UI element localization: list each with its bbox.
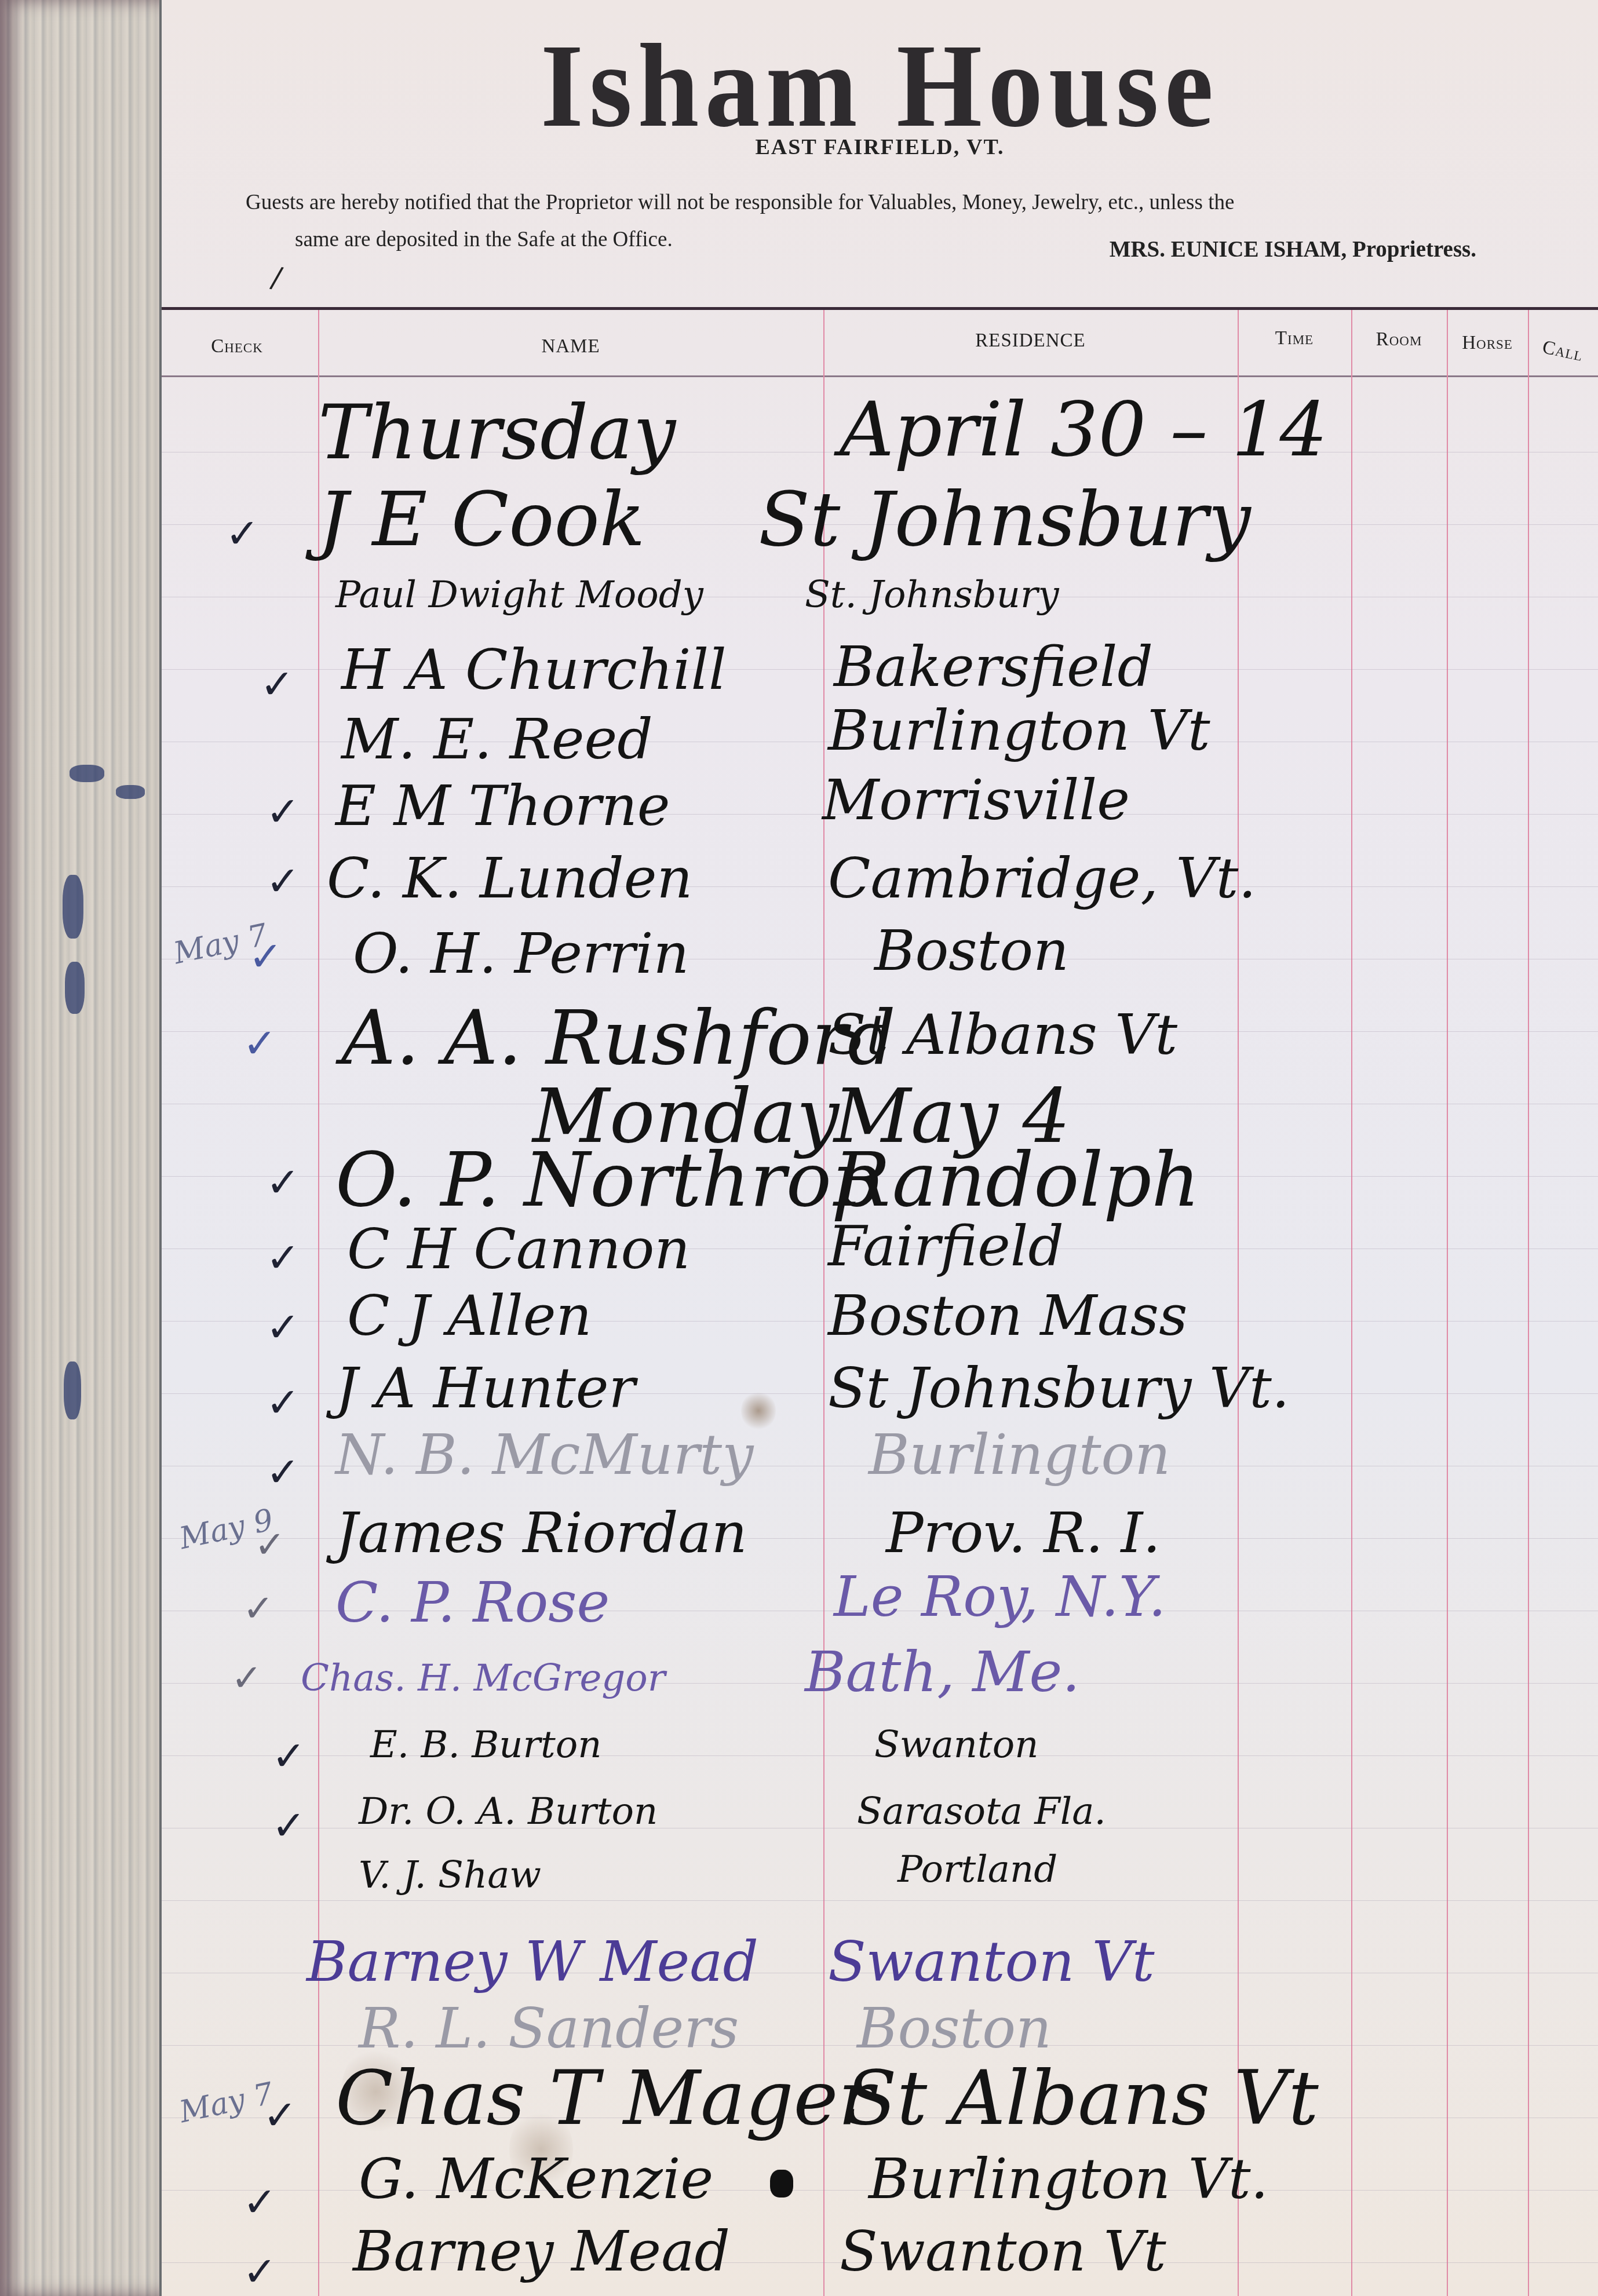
column-header-room: Room [1351, 329, 1447, 351]
stray-pen-mark: / [268, 260, 285, 295]
proprietor-name: MRS. EUNICE ISHAM, Proprietress. [1110, 236, 1476, 262]
guest-name: E M Thorne [335, 773, 670, 838]
register-page: Isham House EAST FAIRFIELD, VT. Guests a… [162, 0, 1598, 2296]
guest-residence: Boston [857, 1996, 1052, 2061]
check-mark: ✓ [243, 2248, 277, 2295]
check-mark: ✓ [243, 2178, 277, 2226]
guest-name: J E Cook [318, 475, 645, 563]
date-heading-day: Thursday [318, 388, 676, 476]
check-mark: ✓ [243, 1020, 277, 1067]
guest-name: H A Churchill [341, 637, 727, 702]
guest-name: M. E. Reed [341, 707, 653, 772]
check-mark: ✓ [266, 1159, 300, 1206]
check-mark: ✓ [266, 1234, 300, 1282]
check-mark: ✓ [272, 1732, 306, 1780]
guest-residence: Boston Mass [828, 1283, 1187, 1348]
book-page-stack [0, 0, 162, 2296]
guest-residence: Swanton Vt [828, 1929, 1155, 1994]
guest-residence: St. Johnsbury [805, 574, 1059, 616]
guest-name: Dr. O. A. Burton [359, 1790, 658, 1833]
guest-residence: Boston [874, 918, 1069, 983]
check-mark: ✓ [231, 1657, 262, 1700]
check-mark: ✓ [266, 1379, 300, 1426]
guest-residence: Burlington [869, 1422, 1170, 1487]
guest-name: E. B. Burton [370, 1724, 601, 1766]
guest-residence: Bath, Me. [805, 1640, 1080, 1704]
ink-blot [64, 1361, 81, 1419]
check-mark: ✓ [266, 788, 300, 835]
guest-residence: Swanton Vt [840, 2219, 1166, 2284]
guest-name: O. P. Northrop [335, 1136, 880, 1224]
ink-blot [63, 875, 83, 939]
column-divider [1351, 310, 1352, 2296]
check-mark: ✓ [266, 857, 300, 905]
guest-residence: Fairfield [828, 1214, 1064, 1279]
guest-residence: St Johnsbury Vt. [828, 1356, 1289, 1421]
guest-residence: St Albans Vt [845, 2054, 1319, 2142]
column-divider [1238, 310, 1239, 2296]
check-mark: ✓ [254, 1524, 286, 1567]
notice-line-1: Guests are hereby notified that the Prop… [246, 191, 1234, 214]
guest-name: C. P. Rose [335, 1570, 610, 1635]
ink-blot [116, 785, 145, 799]
check-mark: ✓ [260, 660, 294, 708]
column-divider [1447, 310, 1448, 2296]
guest-name: Chas. H. McGregor [301, 1657, 665, 1700]
guest-name: N. B. McMurty [335, 1422, 753, 1487]
guest-name: J A Hunter [335, 1356, 636, 1421]
column-header-call: Call [1526, 334, 1598, 369]
ink-blot [65, 962, 85, 1014]
guest-name: C H Cannon [347, 1217, 690, 1282]
check-mark: ✓ [272, 1802, 306, 1849]
margin-date-note: May 7 [177, 2076, 276, 2130]
guest-name: O. H. Perrin [353, 921, 689, 986]
ruled-line [162, 1900, 1598, 1901]
ink-blot [70, 765, 104, 782]
guest-name: Chas T Mager [335, 2054, 874, 2142]
check-mark: ✓ [266, 1448, 300, 1496]
header-rule-bottom [162, 375, 1598, 377]
guest-name: C. K. Lunden [327, 846, 692, 911]
guest-residence: Bakersfield [834, 634, 1153, 699]
guest-name: Barney Mead [353, 2219, 730, 2284]
guest-residence: Burlington Vt. [869, 2147, 1268, 2211]
guest-residence: St Johnsbury [758, 475, 1251, 563]
check-mark: ✓ [225, 510, 260, 557]
check-mark: ✓ [249, 933, 283, 980]
guest-residence: Cambridge, Vt. [828, 846, 1256, 911]
guest-name: Barney W Mead [307, 1929, 758, 1994]
guest-residence: Burlington Vt [828, 698, 1210, 763]
column-header-horse: Horse [1447, 333, 1528, 354]
column-header-residence: RESIDENCE [823, 330, 1238, 352]
guest-residence: Morrisville [822, 768, 1130, 833]
guest-residence: Le Roy, N.Y. [834, 1564, 1166, 1629]
column-header-time: Time [1238, 328, 1351, 349]
hotel-location: EAST FAIRFIELD, VT. [162, 134, 1598, 160]
guest-residence: Portland [897, 1848, 1057, 1891]
ink-dot [770, 2170, 793, 2198]
check-mark: ✓ [263, 2091, 297, 2139]
column-header-name: NAME [318, 336, 823, 357]
guest-residence: Randolph [834, 1136, 1200, 1224]
guest-residence: St Albans Vt [828, 1002, 1177, 1067]
column-divider [1528, 310, 1529, 2296]
column-divider [318, 310, 319, 2296]
guest-name: C J Allen [347, 1283, 592, 1348]
guest-residence: Swanton [874, 1724, 1038, 1766]
check-mark: ✓ [266, 1304, 300, 1351]
guest-name: V. J. Shaw [359, 1854, 541, 1897]
guest-residence: Prov. R. I. [886, 1501, 1161, 1565]
header-rule-top [162, 307, 1598, 310]
date-heading-date: April 30 – 14 [840, 385, 1327, 473]
guest-name: R. L. Sanders [359, 1996, 739, 2061]
guest-name: James Riordan [335, 1501, 747, 1565]
guest-name: A. A. Rushford [341, 994, 896, 1082]
check-mark: ✓ [243, 1587, 274, 1630]
guest-name: G. McKenzie [359, 2147, 713, 2211]
column-header-check: Check [185, 336, 289, 357]
guest-residence: Sarasota Fla. [857, 1790, 1106, 1833]
guest-name: Paul Dwight Moody [335, 574, 703, 616]
